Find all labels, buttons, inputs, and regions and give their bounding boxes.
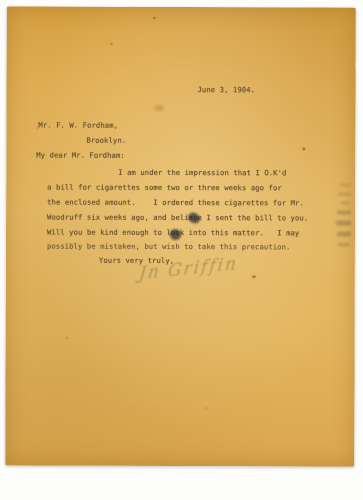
paper-speck [66, 337, 69, 339]
body-line-2: a bill for cigarettes some two or three … [47, 183, 282, 193]
paper-edge-notch [356, 60, 363, 72]
paper-speck [205, 407, 207, 409]
bleed-through-marks [335, 184, 353, 279]
recipient-city: Brooklyn. [86, 136, 126, 145]
recipient-name: Mr. F. W. Fordham, [38, 121, 118, 130]
paper-speck [111, 43, 113, 45]
body-line-3: the enclosed amount. I ordered these cig… [47, 198, 304, 208]
letter-paper: June 3, 1904. Mr. F. W. Fordham, Brookly… [5, 6, 356, 466]
paper-speck [252, 275, 256, 278]
body-line-1: I am under the impression that I O.K'd [118, 168, 286, 178]
letter-date: June 3, 1904. [197, 85, 255, 94]
scanned-letter-page: June 3, 1904. Mr. F. W. Fordham, Brookly… [0, 0, 363, 500]
body-line-4: Woodruff six weeks ago, and believe I se… [47, 213, 308, 223]
paper-smudge [154, 105, 164, 111]
paper-speck [302, 147, 305, 150]
body-line-6: possibly be mistaken, but wish to take t… [47, 242, 291, 252]
salutation: My dear Mr. Fordham: [36, 150, 125, 159]
paper-speck [153, 17, 156, 19]
